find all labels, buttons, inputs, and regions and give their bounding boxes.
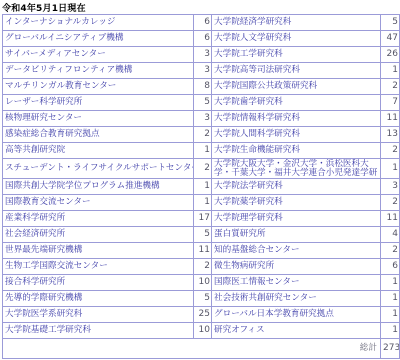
- right-unit-count: 6: [381, 259, 400, 275]
- table-row: スチューデント・ライフサイクルサポートセンター 2 大学院大阪大学・金沢大学・浜…: [3, 159, 400, 179]
- left-unit-count: 25: [194, 307, 212, 323]
- left-unit-name[interactable]: 産業科学研究所: [3, 211, 194, 227]
- left-unit-count: 1: [194, 143, 212, 159]
- right-unit-count: 1: [381, 307, 400, 323]
- right-unit-count: 5: [381, 15, 400, 31]
- right-unit-count: 13: [381, 127, 400, 143]
- right-unit-count: 1: [381, 275, 400, 291]
- left-unit-name[interactable]: スチューデント・ライフサイクルサポートセンター: [3, 159, 194, 179]
- right-unit-name[interactable]: 研究オフィス: [212, 323, 381, 339]
- right-unit-count: 2: [381, 79, 400, 95]
- right-unit-name[interactable]: 知的基盤総合センター: [212, 243, 381, 259]
- table-row: 大学院基礎工学研究科 10 研究オフィス 1: [3, 323, 400, 339]
- left-unit-count: 3: [194, 63, 212, 79]
- right-unit-name[interactable]: 大学院工学研究科: [212, 47, 381, 63]
- left-unit-name[interactable]: 大学院基礎工学研究科: [3, 323, 194, 339]
- table-row: 社会経済研究所 5 蛋白質研究所 4: [3, 227, 400, 243]
- left-unit-count: 1: [194, 179, 212, 195]
- right-unit-count: 11: [381, 211, 400, 227]
- right-unit-count: 7: [381, 95, 400, 111]
- table-row: サイバーメディアセンター 3 大学院工学研究科 26: [3, 47, 400, 63]
- left-unit-count: 5: [194, 227, 212, 243]
- right-unit-count: 2: [381, 243, 400, 259]
- table-row: 産業科学研究所 17 大学院理学研究科 11: [3, 211, 400, 227]
- right-unit-count: 1: [381, 323, 400, 339]
- right-unit-name[interactable]: 国際医工情報センター: [212, 275, 381, 291]
- left-unit-count: 2: [194, 127, 212, 143]
- left-unit-name[interactable]: 核物理研究センター: [3, 111, 194, 127]
- left-unit-count: 5: [194, 95, 212, 111]
- left-unit-name[interactable]: 世界最先端研究機構: [3, 243, 194, 259]
- table-row: レーザー科学研究所 5 大学院歯学研究科 7: [3, 95, 400, 111]
- left-unit-name[interactable]: 生物工学国際交流センター: [3, 259, 194, 275]
- table-row: 高等共創研究院 1 大学院生命機能研究科 2: [3, 143, 400, 159]
- left-unit-name[interactable]: インターナショナルカレッジ: [3, 15, 194, 31]
- left-unit-name[interactable]: 高等共創研究院: [3, 143, 194, 159]
- right-unit-count: 2: [381, 195, 400, 211]
- table-row: 大学院医学系研究科 25 グローバル日本学教育研究拠点 1: [3, 307, 400, 323]
- right-unit-count: 26: [381, 47, 400, 63]
- right-unit-count: 47: [381, 31, 400, 47]
- right-unit-name[interactable]: 大学院人文学研究科: [212, 31, 381, 47]
- right-unit-count: 11: [381, 111, 400, 127]
- left-unit-count: 17: [194, 211, 212, 227]
- right-unit-count: 1: [381, 63, 400, 79]
- table-row: データビリティフロンティア機構 3 大学院高等司法研究科 1: [3, 63, 400, 79]
- as-of-date: 令和4年5月1日現在: [2, 1, 86, 14]
- left-unit-name[interactable]: サイバーメディアセンター: [3, 47, 194, 63]
- table-row: 接合科学研究所 10 国際医工情報センター 1: [3, 275, 400, 291]
- left-unit-name[interactable]: 接合科学研究所: [3, 275, 194, 291]
- left-unit-count: 10: [194, 323, 212, 339]
- right-unit-name[interactable]: 社会技術共創研究センター: [212, 291, 381, 307]
- left-unit-name[interactable]: 社会経済研究所: [3, 227, 194, 243]
- left-unit-count: 11: [194, 243, 212, 259]
- right-unit-count: 3: [381, 179, 400, 195]
- right-unit-name[interactable]: 大学院法学研究科: [212, 179, 381, 195]
- left-unit-name[interactable]: データビリティフロンティア機構: [3, 63, 194, 79]
- left-unit-name[interactable]: 先導的学際研究機構: [3, 291, 194, 307]
- left-unit-count: 1: [194, 195, 212, 211]
- left-unit-name[interactable]: 国際共創大学院学位プログラム推進機構: [3, 179, 194, 195]
- right-unit-name[interactable]: 大学院薬学研究科: [212, 195, 381, 211]
- right-unit-count: 1: [381, 291, 400, 307]
- left-unit-name[interactable]: 大学院医学系研究科: [3, 307, 194, 323]
- left-unit-name[interactable]: 国際教育交流センター: [3, 195, 194, 211]
- total-label: 総計: [3, 339, 381, 359]
- left-unit-count: 2: [194, 159, 212, 179]
- table-row: 核物理研究センター 3 大学院情報科学研究科 11: [3, 111, 400, 127]
- right-unit-count: 4: [381, 227, 400, 243]
- left-unit-count: 10: [194, 275, 212, 291]
- table-row: 先導的学際研究機構 5 社会技術共創研究センター 1: [3, 291, 400, 307]
- right-unit-count: 2: [381, 143, 400, 159]
- table-row: グローバルイニシアティブ機構 6 大学院人文学研究科 47: [3, 31, 400, 47]
- left-unit-count: 6: [194, 31, 212, 47]
- right-unit-name[interactable]: 蛋白質研究所: [212, 227, 381, 243]
- right-unit-name[interactable]: 大学院人間科学研究科: [212, 127, 381, 143]
- staff-count-table: インターナショナルカレッジ 6 大学院経済学研究科 5 グローバルイニシアティブ…: [2, 14, 400, 359]
- right-unit-name[interactable]: 大学院情報科学研究科: [212, 111, 381, 127]
- table-row: 国際共創大学院学位プログラム推進機構 1 大学院法学研究科 3: [3, 179, 400, 195]
- left-unit-name[interactable]: グローバルイニシアティブ機構: [3, 31, 194, 47]
- right-unit-name[interactable]: 微生物病研究所: [212, 259, 381, 275]
- left-unit-count: 2: [194, 259, 212, 275]
- left-unit-count: 3: [194, 47, 212, 63]
- right-unit-count: 1: [381, 159, 400, 179]
- right-unit-name[interactable]: 大学院国際公共政策研究科: [212, 79, 381, 95]
- right-unit-name[interactable]: 大学院理学研究科: [212, 211, 381, 227]
- left-unit-name[interactable]: レーザー科学研究所: [3, 95, 194, 111]
- table-row: 世界最先端研究機構 11 知的基盤総合センター 2: [3, 243, 400, 259]
- total-row: 総計273: [3, 339, 400, 359]
- table-row: 国際教育交流センター 1 大学院薬学研究科 2: [3, 195, 400, 211]
- right-unit-name[interactable]: 大学院高等司法研究科: [212, 63, 381, 79]
- right-unit-name[interactable]: 大学院生命機能研究科: [212, 143, 381, 159]
- left-unit-count: 6: [194, 15, 212, 31]
- left-unit-count: 8: [194, 79, 212, 95]
- total-value: 273: [381, 339, 400, 359]
- right-unit-name[interactable]: グローバル日本学教育研究拠点: [212, 307, 381, 323]
- table-row: マルチリンガル教育センター 8 大学院国際公共政策研究科 2: [3, 79, 400, 95]
- left-unit-name[interactable]: マルチリンガル教育センター: [3, 79, 194, 95]
- right-unit-name[interactable]: 大学院経済学研究科: [212, 15, 381, 31]
- table-row: 生物工学国際交流センター 2 微生物病研究所 6: [3, 259, 400, 275]
- left-unit-name[interactable]: 感染症総合教育研究拠点: [3, 127, 194, 143]
- right-unit-name[interactable]: 大学院歯学研究科: [212, 95, 381, 111]
- left-unit-count: 5: [194, 291, 212, 307]
- table-row: インターナショナルカレッジ 6 大学院経済学研究科 5: [3, 15, 400, 31]
- left-unit-count: 3: [194, 111, 212, 127]
- table-row: 感染症総合教育研究拠点 2 大学院人間科学研究科 13: [3, 127, 400, 143]
- right-unit-name[interactable]: 大学院大阪大学・金沢大学・浜松医科大学・千葉大学・福井大学連合小児発達学研: [212, 159, 381, 179]
